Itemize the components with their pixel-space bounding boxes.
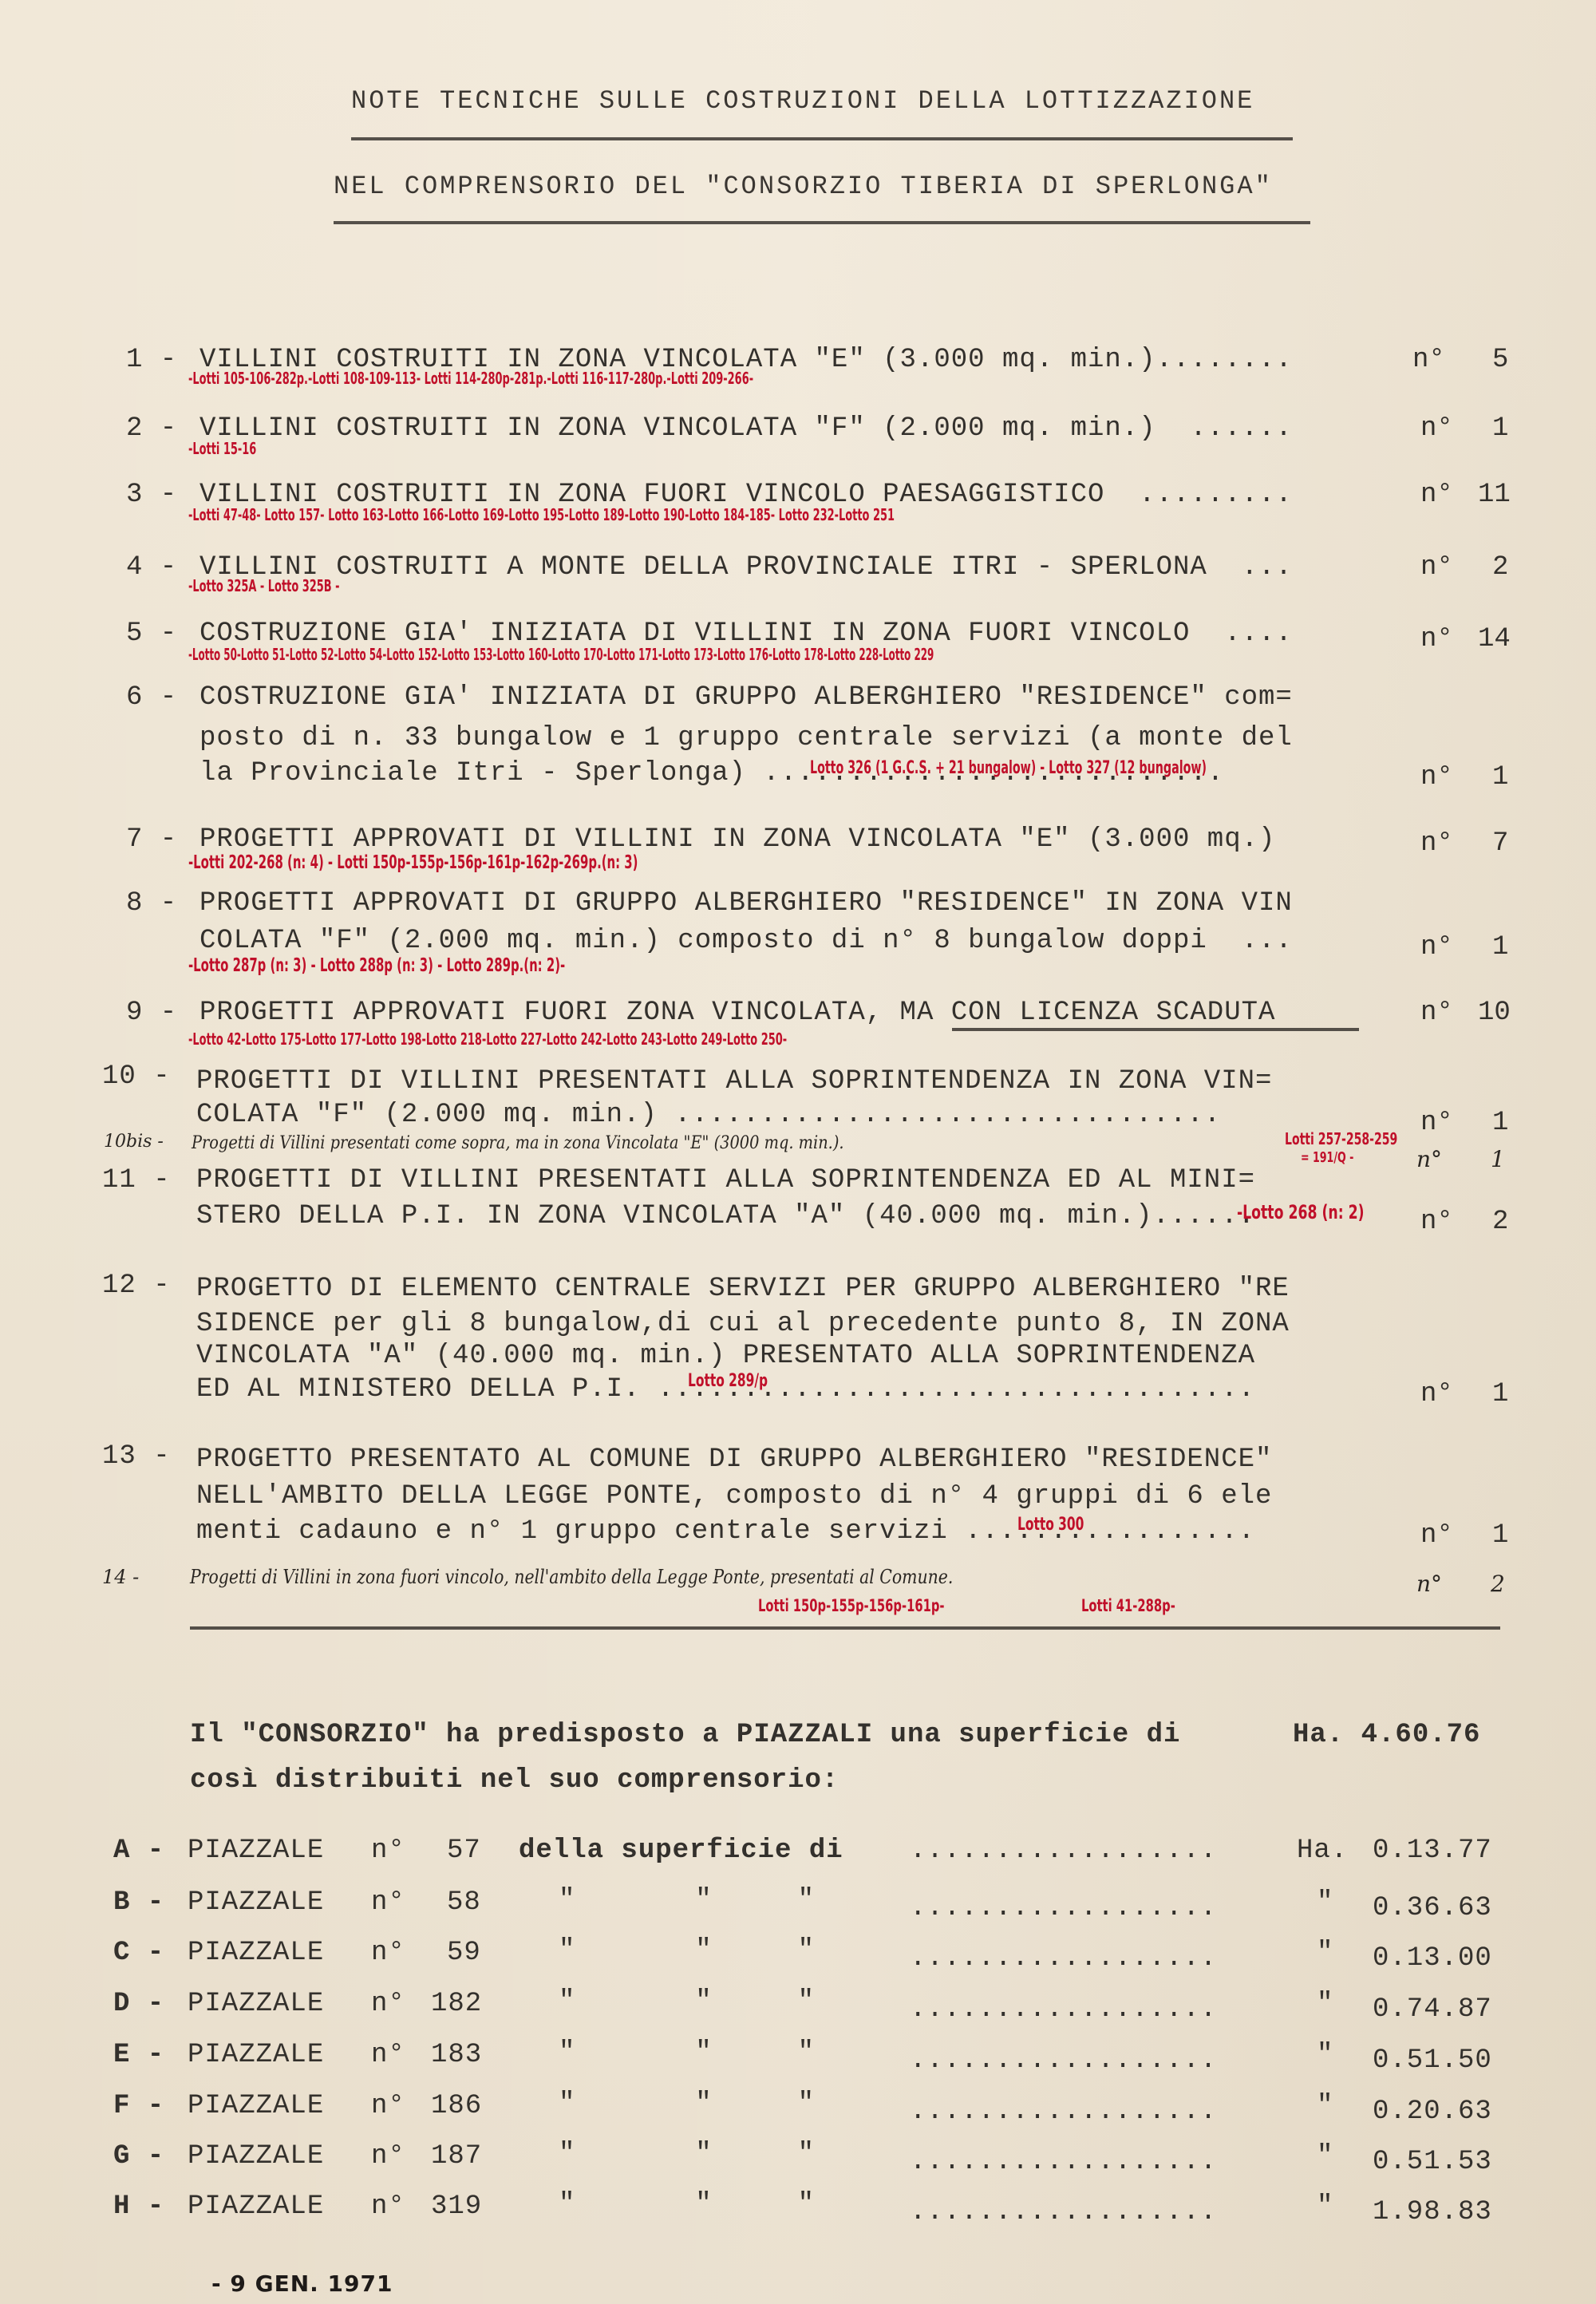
item-number: 3 - (126, 480, 177, 510)
item-text-line-3: menti cadauno e n° 1 gruppo centrale ser… (196, 1516, 1255, 1547)
row-unit: " (1317, 2191, 1333, 2222)
item-text-line-1: PROGETTO DI ELEMENTO CENTRALE SERVIZI PE… (196, 1274, 1290, 1304)
count-value: 14 (1478, 624, 1511, 654)
count-label: n° (1420, 1108, 1453, 1138)
row-letter: A - (113, 1836, 164, 1866)
handwritten-annotation: -Lotti 105-106-282p.-Lotti 108-109-113- … (188, 369, 753, 388)
title-line-2: NEL COMPRENSORIO DEL "CONSORZIO TIBERIA … (334, 172, 1273, 201)
row-letter: B - (113, 1887, 164, 1918)
count-value: 1 (1492, 1108, 1508, 1138)
row-dots: .................. (910, 2045, 1217, 2076)
section-divider (190, 1626, 1500, 1630)
row-unit: " (1317, 1887, 1333, 1918)
handwritten-annotation: Lotti 257-258-259 (1285, 1129, 1397, 1148)
row-n: n° (371, 2191, 405, 2222)
row-n: n° (371, 2091, 405, 2121)
row-n: n° (371, 1938, 405, 1968)
item-number: 1 - (126, 345, 177, 375)
item-text-line-1: PROGETTO PRESENTATO AL COMUNE DI GRUPPO … (196, 1444, 1272, 1475)
handwritten-annotation-2: Lotti 41-288p- (1081, 1596, 1175, 1615)
row-number: 57 (447, 1836, 481, 1866)
summary-text-post: PIAZZALI una superficie di (720, 1720, 1181, 1750)
count-value: 2 (1491, 1571, 1505, 1597)
summary-line-1: Il "CONSORZIO" ha predisposto a PIAZZALI… (190, 1720, 1180, 1750)
item-text-line-2: SIDENCE per gli 8 bungalow,di cui al pre… (196, 1309, 1290, 1339)
item-number: 13 - (102, 1441, 171, 1472)
handwritten-annotation: Lotto 300 (1017, 1515, 1084, 1535)
title-rule-1 (351, 137, 1293, 140)
row-number: 59 (447, 1938, 481, 1968)
row-letter: C - (113, 1938, 164, 1968)
row-dots: .................. (910, 1943, 1217, 1974)
count-value: 1 (1492, 1520, 1508, 1551)
item-text-line-1: PROGETTI APPROVATI DI GRUPPO ALBERGHIERO… (199, 888, 1293, 919)
count-label: n° (1420, 762, 1453, 792)
handwritten-annotation: Lotto 326 (1 G.C.S. + 21 bungalow) - Lot… (810, 758, 1207, 778)
handwritten-annotation: -Lotto 325A - Lotto 325B - (188, 576, 340, 595)
row-unit: " (1317, 1938, 1333, 1968)
item-number: 8 - (126, 888, 177, 919)
item-text: PROGETTI APPROVATI FUORI ZONA VINCOLATA,… (199, 998, 1275, 1028)
stamp-date: 9 GEN. 1971 (230, 2270, 393, 2297)
handwritten-annotation: Lotti 150p-155p-156p-161p- (758, 1596, 945, 1615)
row-n: n° (371, 1989, 405, 2019)
item-number: 5 - (126, 618, 177, 649)
row-description-ditto: " " " (559, 2089, 815, 2119)
row-label: PIAZZALE (188, 2091, 324, 2121)
item-text-line-2: NELL'AMBITO DELLA LEGGE PONTE, composto … (196, 1481, 1272, 1512)
row-description-ditto: " " " (559, 1935, 815, 1966)
row-letter: E - (113, 2040, 164, 2070)
item-number: 7 - (126, 824, 177, 855)
row-number: 186 (431, 2091, 482, 2121)
row-n: n° (371, 1836, 405, 1866)
row-number: 183 (431, 2040, 482, 2070)
count-label: n° (1420, 624, 1453, 654)
item-text-line-2: COLATA "F" (2.000 mq. min.) ............… (196, 1100, 1221, 1130)
row-dots: .................. (910, 1893, 1217, 1923)
row-label: PIAZZALE (188, 1938, 324, 1968)
title-rule-2 (334, 221, 1310, 224)
row-area: 0.13.00 (1373, 1943, 1492, 1974)
row-label: PIAZZALE (188, 1836, 324, 1866)
handwritten-annotation: -Lotti 202-268 (n: 4) - Lotti 150p-155p-… (188, 852, 638, 873)
count-label: n° (1420, 413, 1453, 444)
row-unit: " (1317, 2141, 1333, 2172)
count-label: n° (1416, 1571, 1442, 1597)
count-value: 11 (1478, 480, 1511, 510)
row-description-ditto: " " " (559, 1986, 815, 2017)
item-text-line-1: PROGETTI DI VILLINI PRESENTATI ALLA SOPR… (196, 1066, 1272, 1097)
summary-text-pre: Il "CONSORZIO" ha predisposto (190, 1720, 702, 1750)
handwritten-annotation: -Lotto 42-Lotto 175-Lotto 177-Lotto 198-… (188, 1029, 787, 1049)
document-page: NOTE TECNICHE SULLE COSTRUZIONI DELLA LO… (0, 0, 1596, 2304)
row-label: PIAZZALE (188, 2191, 324, 2222)
item-text-handwritten: Progetti di Villini in zona fuori vincol… (190, 1566, 953, 1588)
row-dots: .................. (910, 2097, 1217, 2127)
handwritten-annotation: -Lotto 287p (n: 3) - Lotto 288p (n: 3) -… (188, 955, 565, 976)
handwritten-annotation: -Lotto 50-Lotto 51-Lotto 52-Lotto 54-Lot… (188, 645, 934, 664)
row-unit: " (1317, 2091, 1333, 2121)
row-description-ditto: " " " (559, 2189, 815, 2219)
handwritten-annotation-2: = 191/Q - (1301, 1149, 1353, 1166)
stamp-dash: - (211, 2270, 230, 2297)
count-label: n° (1420, 1207, 1453, 1237)
row-area: 0.74.87 (1373, 1994, 1492, 2025)
title-line-1: NOTE TECNICHE SULLE COSTRUZIONI DELLA LO… (351, 86, 1254, 116)
row-letter: G - (113, 2141, 164, 2172)
count-value: 10 (1478, 998, 1511, 1028)
item-text-line-2: posto di n. 33 bungalow e 1 gruppo centr… (199, 723, 1293, 753)
row-letter: H - (113, 2191, 164, 2222)
count-label: n° (1420, 828, 1453, 859)
count-label: n° (1420, 1379, 1453, 1409)
count-label: n° (1420, 998, 1453, 1028)
row-area: 1.98.83 (1373, 2197, 1492, 2227)
row-dots: .................. (910, 1836, 1217, 1866)
item-text-line-2: STERO DELLA P.I. IN ZONA VINCOLATA "A" (… (196, 1201, 1255, 1231)
item-text: VILLINI COSTRUITI A MONTE DELLA PROVINCI… (199, 552, 1293, 583)
item-number: 11 - (102, 1165, 171, 1195)
row-unit: " (1317, 2040, 1333, 2070)
item-text-line-3: VINCOLATA "A" (40.000 mq. min.) PRESENTA… (196, 1341, 1255, 1371)
count-value: 1 (1492, 932, 1508, 962)
count-value: 1 (1491, 1146, 1505, 1172)
row-description-ditto: " " " (559, 2037, 815, 2068)
date-stamp: - 9 GEN. 1971 (211, 2270, 393, 2297)
row-description: della superficie di (519, 1836, 843, 1866)
summary-line-2: così distribuiti nel suo comprensorio: (190, 1765, 839, 1796)
row-label: PIAZZALE (188, 1989, 324, 2019)
item-number: 10bis - (104, 1132, 164, 1152)
item-text-line-1: COSTRUZIONE GIA' INIZIATA DI GRUPPO ALBE… (199, 682, 1293, 713)
item-number: 10 - (102, 1061, 171, 1092)
row-n: n° (371, 2141, 405, 2172)
count-value: 5 (1492, 345, 1508, 375)
item-number: 14 - (102, 1566, 139, 1588)
count-label: n° (1420, 480, 1453, 510)
count-value: 1 (1492, 413, 1508, 444)
row-label: PIAZZALE (188, 2141, 324, 2172)
item-text-handwritten: Progetti di Villini presentati come sopr… (192, 1133, 844, 1153)
row-letter: F - (113, 2091, 164, 2121)
item-number: 2 - (126, 413, 177, 444)
row-number: 58 (447, 1887, 481, 1918)
row-letter: D - (113, 1989, 164, 2019)
count-value: 7 (1492, 828, 1508, 859)
row-area: 0.51.53 (1373, 2147, 1492, 2177)
count-value: 1 (1492, 1379, 1508, 1409)
summary-text-a: a (702, 1720, 719, 1750)
item-number: 12 - (102, 1271, 171, 1301)
row-label: PIAZZALE (188, 2040, 324, 2070)
row-area: 0.36.63 (1373, 1893, 1492, 1923)
item-text-line-1: PROGETTI DI VILLINI PRESENTATI ALLA SOPR… (196, 1165, 1255, 1195)
count-label: n° (1416, 1146, 1442, 1172)
count-value: 2 (1492, 1207, 1508, 1237)
row-n: n° (371, 2040, 405, 2070)
item-number: 6 - (126, 682, 177, 713)
item-number: 4 - (126, 552, 177, 583)
item-text-line-2: COLATA "F" (2.000 mq. min.) composto di … (199, 926, 1293, 956)
item-text: VILLINI COSTRUITI IN ZONA VINCOLATA "F" … (199, 413, 1293, 444)
row-unit: " (1317, 1989, 1333, 2019)
count-label: n° (1412, 345, 1445, 375)
row-number: 319 (431, 2191, 482, 2222)
row-dots: .................. (910, 2147, 1217, 2177)
handwritten-annotation: -Lotti 47-48- Lotto 157- Lotto 163-Lotto… (188, 505, 895, 524)
row-description-ditto: " " " (559, 2139, 815, 2169)
item-number: 9 - (126, 998, 177, 1028)
row-area: 0.20.63 (1373, 2097, 1492, 2127)
handwritten-annotation: -Lotti 15-16 (188, 439, 256, 458)
row-description-ditto: " " " (559, 1885, 815, 1915)
row-label: PIAZZALE (188, 1887, 324, 1918)
handwritten-annotation: Lotto 289/p (688, 1371, 768, 1391)
count-label: n° (1420, 1520, 1453, 1551)
row-dots: .................. (910, 2197, 1217, 2227)
count-label: n° (1420, 932, 1453, 962)
row-number: 182 (431, 1989, 482, 2019)
row-area: 0.13.77 (1373, 1836, 1492, 1866)
row-area: 0.51.50 (1373, 2045, 1492, 2076)
row-number: 187 (431, 2141, 482, 2172)
summary-total-area: Ha. 4.60.76 (1293, 1720, 1480, 1750)
item-text: PROGETTI APPROVATI DI VILLINI IN ZONA VI… (199, 824, 1275, 855)
row-unit: Ha. (1297, 1836, 1348, 1866)
count-label: n° (1420, 552, 1453, 583)
handwritten-annotation: -Lotto 268 (n: 2) (1237, 1201, 1365, 1223)
row-dots: .................. (910, 1994, 1217, 2025)
row-n: n° (371, 1887, 405, 1918)
count-value: 1 (1492, 762, 1508, 792)
count-value: 2 (1492, 552, 1508, 583)
underline-licenza-scaduta (952, 1028, 1359, 1031)
